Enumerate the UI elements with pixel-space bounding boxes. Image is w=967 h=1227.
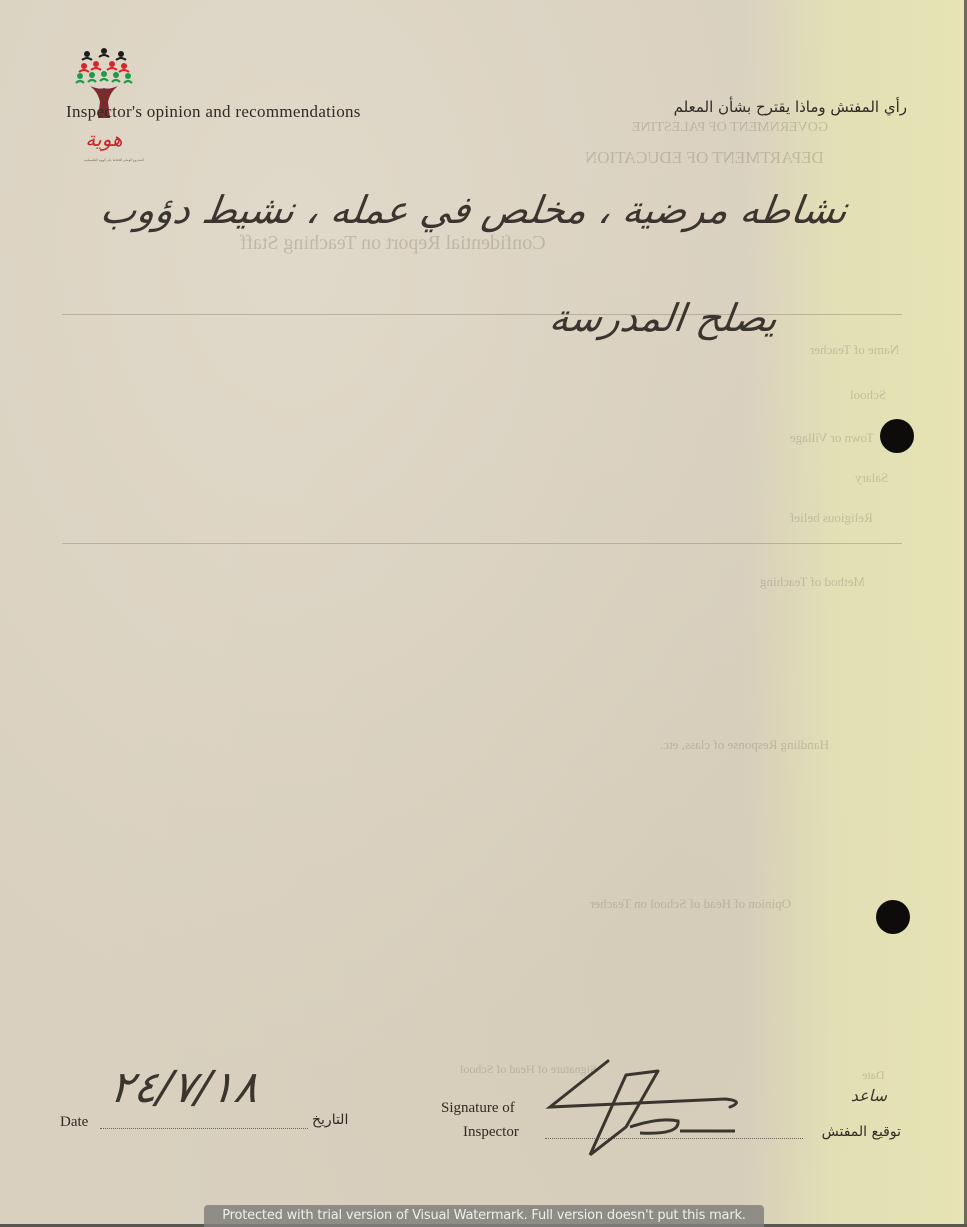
- heading-arabic: رأي المفتش وماذا يقترح بشأن المعلم: [674, 98, 907, 116]
- bleed-through-form-title: Confidential Report on Teaching Staff: [240, 232, 546, 255]
- punch-hole-bottom: [876, 900, 910, 934]
- scanned-document-page: GOVERNMENT OF PALESTINE DEPARTMENT OF ED…: [0, 0, 967, 1227]
- handwritten-comment-line1: نشاطه مرضية ، مخلص في عمله ، نشيط دؤوب: [98, 188, 850, 232]
- signature-label-line1: Signature of: [441, 1100, 515, 1117]
- handwritten-date: ٢٤/٧/١٨: [107, 1062, 260, 1113]
- bleed-through-rule-mid: [62, 543, 902, 544]
- bleed-through-row-label: Name of Teacher: [810, 342, 899, 358]
- bleed-through-row-label: Religious belief: [790, 510, 873, 526]
- handwritten-comment-line2: يصلح المدرسة: [547, 296, 781, 340]
- signature-label-line2: Inspector: [463, 1124, 519, 1141]
- bleed-through-dept2: DEPARTMENT OF EDUCATION: [585, 148, 824, 168]
- punch-hole-top: [880, 419, 914, 453]
- inspector-signature-icon: [530, 1055, 760, 1165]
- bleed-through-row-label: Town or Village: [790, 430, 874, 446]
- date-dotted-line: [100, 1128, 308, 1129]
- paper-discoloration-strip: [742, 0, 967, 1227]
- watermark-banner: Protected with trial version of Visual W…: [204, 1205, 764, 1227]
- svg-text:هوية: هوية: [85, 127, 122, 151]
- bleed-through-row-label: Opinion of Head of School on Teacher: [590, 896, 791, 912]
- date-label-en: Date: [60, 1114, 88, 1131]
- handwritten-signature-name: ساعد: [851, 1086, 887, 1105]
- bleed-through-row-label: Salary: [855, 470, 888, 486]
- logo-caption: المشروع الوطني للحفاظ على الهوية الفلسطي…: [74, 158, 144, 162]
- bleed-through-row-label: Handling Response of class, etc.: [660, 737, 829, 753]
- bleed-through-row-label: Method of Teaching: [760, 574, 865, 590]
- date-label-ar: التاريخ: [312, 1112, 348, 1128]
- bleed-through-dept1: GOVERNMENT OF PALESTINE: [632, 120, 828, 136]
- bleed-through-row-label: School: [850, 387, 886, 403]
- bleed-through-row-label: Date: [862, 1068, 885, 1083]
- heading-english: Inspector's opinion and recommendations: [66, 102, 361, 122]
- signature-label-ar: توقيع المفتش: [822, 1124, 901, 1140]
